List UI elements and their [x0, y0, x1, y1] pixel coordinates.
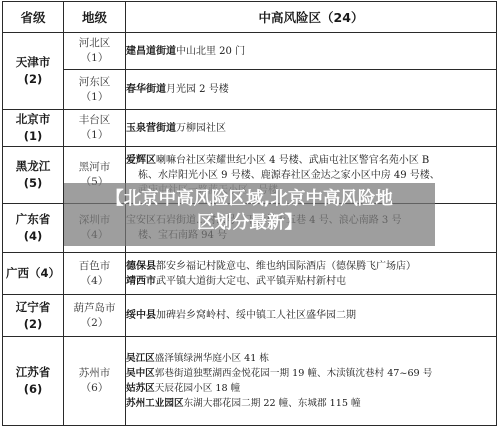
city-name: 百色市: [64, 259, 125, 274]
district-name: 爱辉区: [126, 155, 156, 166]
province-count: (4): [3, 228, 63, 245]
area-detail: 中山北里 20 门: [176, 46, 245, 57]
table-row: 广西（4） 百色市 （4） 德保县都安乡福记村陇意屯、维也纳国际酒店（德保腾飞广…: [3, 253, 497, 295]
province-name: 北京市: [3, 111, 63, 128]
district-name: 姑苏区: [126, 383, 155, 394]
province-name: 江苏省: [3, 364, 63, 381]
area-detail: 天辰花园小区 18 幢: [155, 383, 240, 394]
city-count: （1）: [64, 128, 125, 143]
city-cell: 百色市 （4）: [64, 253, 126, 295]
table-row: 河东区 （1） 春华街道月光园 2 号楼: [3, 70, 497, 110]
area-cell: 玉泉营街道万柳园社区: [126, 110, 497, 147]
province-cell: 辽宁省 (2): [3, 295, 64, 337]
header-city: 地级: [64, 2, 126, 33]
city-name: 黑河市: [64, 160, 125, 175]
district-name: 建昌道街道: [126, 46, 176, 57]
city-name: 河东区: [64, 75, 125, 90]
district-name: 绥中县: [126, 310, 156, 321]
area-detail: 月光园 2 号楼: [166, 84, 229, 95]
city-count: （4）: [64, 274, 125, 289]
district-name: 德保县: [126, 261, 156, 272]
area-cell: 绥中县加碑岩乡窝岭村、绥中镇工人社区盛华园二期: [126, 295, 497, 337]
table-row: 天津市 (2) 河北区 （1） 建昌道街道中山北里 20 门: [3, 33, 497, 70]
city-name: 丰台区: [64, 113, 125, 128]
area-detail: 郭巷街道独墅湖西金悦花园一期 19 幢、木渎镇沈巷村 47~69 号: [155, 368, 433, 379]
district-name: 苏州工业园区: [126, 398, 184, 409]
province-cell: 黑龙江 (5): [3, 147, 64, 204]
area-detail: 都安乡福记村陇意屯、维也纳国际酒店（德保腾飞广场店）: [156, 261, 416, 272]
area-detail: 喇嘛台社区荣耀世纪小区 4 号楼、武庙屯社区警官名苑小区 B: [156, 155, 429, 166]
city-name: 苏州市: [64, 366, 125, 381]
table-row: 辽宁省 (2) 葫芦岛市 （2） 绥中县加碑岩乡窝岭村、绥中镇工人社区盛华园二期: [3, 295, 497, 337]
city-name: 河北区: [64, 36, 125, 51]
area-detail: 加碑岩乡窝岭村、绥中镇工人社区盛华园二期: [156, 310, 356, 321]
province-name: 广东省: [3, 211, 63, 228]
province-cell: 广东省 (4): [3, 204, 64, 253]
city-cell: 河北区 （1）: [64, 33, 126, 70]
header-areas: 中高风险区（24）: [126, 2, 497, 33]
table-row: 江苏省 (6) 苏州市 （6） 吴江区盛泽镇绿洲华庭小区 41 栋 吴中区郭巷街…: [3, 337, 497, 426]
area-cell: 春华街道月光园 2 号楼: [126, 70, 497, 110]
city-cell: 丰台区 （1）: [64, 110, 126, 147]
province-cell: 北京市 (1): [3, 110, 64, 147]
province-count: (2): [3, 316, 63, 333]
province-name: 天津市: [3, 54, 63, 71]
header-province: 省级: [3, 2, 64, 33]
city-name: 葫芦岛市: [64, 301, 125, 316]
district-name: 玉泉营街道: [126, 123, 176, 134]
city-cell: 河东区 （1）: [64, 70, 126, 110]
area-cell: 德保县都安乡福记村陇意屯、维也纳国际酒店（德保腾飞广场店） 靖西市武平镇大道街大…: [126, 253, 497, 295]
city-count: （1）: [64, 51, 125, 66]
area-detail: 盛泽镇绿洲华庭小区 41 栋: [155, 353, 269, 364]
city-count: （1）: [64, 90, 125, 105]
banner-title-line-2: 区划分最新】: [64, 211, 435, 235]
banner-title-line-1: 【北京中高风险区域,北京中高风险地: [64, 187, 435, 211]
province-name: 辽宁省: [3, 299, 63, 316]
area-detail: 东湖大郡花园二期 22 幢、东城郡 115 幢: [184, 398, 361, 409]
province-cell: 广西（4）: [3, 253, 64, 295]
title-overlay-banner: 【北京中高风险区域,北京中高风险地 区划分最新】: [64, 183, 435, 246]
district-name: 吴江区: [126, 353, 155, 364]
area-detail: 万柳园社区: [176, 123, 226, 134]
area-detail-continued: 栋、水岸阳光小区 9 号楼、鹿源春社区金达之家小区中房 49 号楼、: [126, 168, 496, 183]
table-header-row: 省级 地级 中高风险区（24）: [3, 2, 497, 33]
district-name: 吴中区: [126, 368, 155, 379]
district-name: 靖西市: [126, 276, 156, 287]
province-name: 黑龙江: [3, 158, 63, 175]
province-cell: 江苏省 (6): [3, 337, 64, 426]
city-count: （2）: [64, 316, 125, 331]
city-count: （6）: [64, 381, 125, 396]
province-count: (2): [3, 71, 63, 88]
area-detail: 武平镇大道街大定屯、武平镇弄贴村新村屯: [156, 276, 346, 287]
city-cell: 葫芦岛市 （2）: [64, 295, 126, 337]
province-count: (5): [3, 175, 63, 192]
table-row: 北京市 (1) 丰台区 （1） 玉泉营街道万柳园社区: [3, 110, 497, 147]
area-cell: 建昌道街道中山北里 20 门: [126, 33, 497, 70]
province-name: 广西（4）: [3, 265, 63, 282]
province-cell: 天津市 (2): [3, 33, 64, 110]
province-count: (6): [3, 381, 63, 398]
province-count: (1): [3, 128, 63, 145]
district-name: 春华街道: [126, 84, 166, 95]
area-cell: 吴江区盛泽镇绿洲华庭小区 41 栋 吴中区郭巷街道独墅湖西金悦花园一期 19 幢…: [126, 337, 497, 426]
city-cell: 苏州市 （6）: [64, 337, 126, 426]
